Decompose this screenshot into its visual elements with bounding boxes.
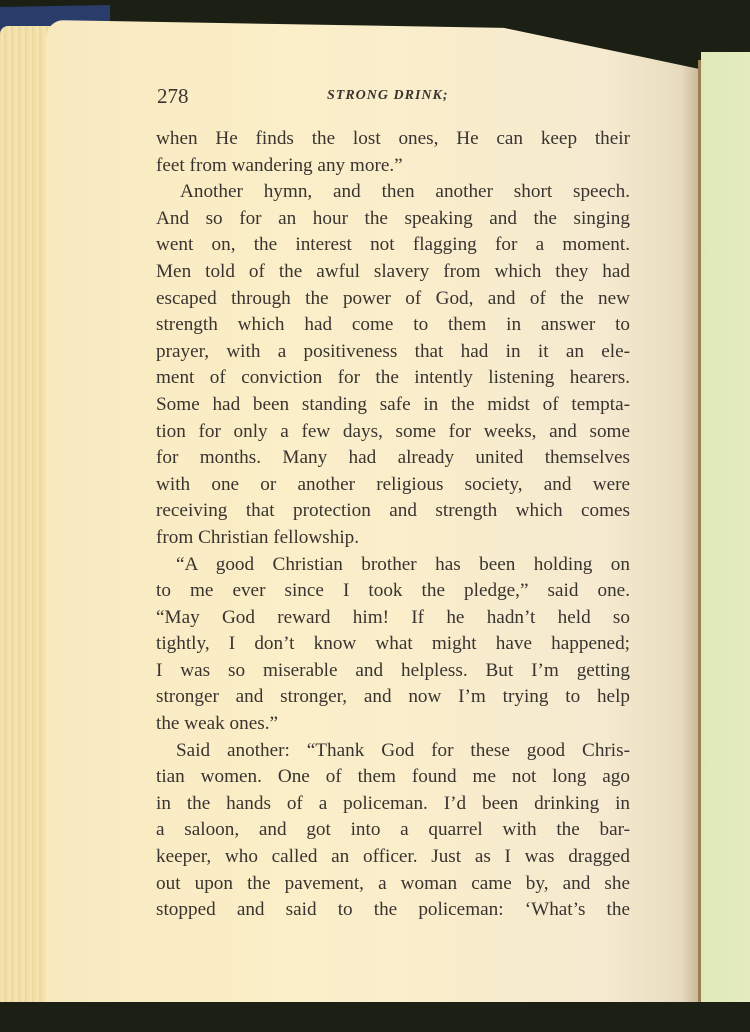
text-line: “May God reward him! If he hadn’t held s…: [156, 605, 630, 632]
text-line: escaped through the power of God, and of…: [156, 286, 630, 313]
text-line: Men told of the awful slavery from which…: [156, 259, 630, 286]
text-line: Said another: “Thank God for these good …: [156, 738, 630, 765]
text-line: the weak ones.”: [156, 711, 630, 738]
page-header: 278 STRONG DRINK;: [157, 84, 627, 108]
page-stack-edge: [0, 26, 52, 1002]
text-line: to me ever since I took the pledge,” sai…: [156, 578, 630, 605]
text-line: a saloon, and got into a quarrel with th…: [156, 817, 630, 844]
running-head: STRONG DRINK;: [327, 88, 449, 104]
text-line: feet from wandering any more.”: [156, 153, 630, 180]
text-line: when He finds the lost ones, He can keep…: [156, 126, 630, 153]
page-number: 278: [157, 84, 189, 109]
text-line: I was so miserable and helpless. But I’m…: [156, 658, 630, 685]
text-line: receiving that protection and strength w…: [156, 498, 630, 525]
text-line: went on, the interest not flagging for a…: [156, 232, 630, 259]
text-line: Another hymn, and then another short spe…: [156, 179, 630, 206]
text-line: And so for an hour the speaking and the …: [156, 206, 630, 233]
text-line: stopped and said to the policeman: ‘What…: [156, 897, 630, 924]
text-line: prayer, with a positiveness that had in …: [156, 339, 630, 366]
text-line: with one or another religious society, a…: [156, 472, 630, 499]
facing-page-edge: [701, 52, 750, 1012]
text-line: strength which had come to them in answe…: [156, 312, 630, 339]
text-line: tion for only a few days, some for weeks…: [156, 419, 630, 446]
text-line: tightly, I don’t know what might have ha…: [156, 631, 630, 658]
text-line: stronger and stronger, and now I’m tryin…: [156, 684, 630, 711]
text-line: in the hands of a policeman. I’d been dr…: [156, 791, 630, 818]
text-line: ment of conviction for the intently list…: [156, 365, 630, 392]
text-line: from Christian fellowship.: [156, 525, 630, 552]
body-text: when He finds the lost ones, He can keep…: [156, 126, 630, 924]
text-line: Some had been standing safe in the midst…: [156, 392, 630, 419]
page-gutter: [698, 60, 701, 1002]
text-line: out upon the pavement, a woman came by, …: [156, 871, 630, 898]
text-line: “A good Christian brother has been holdi…: [156, 552, 630, 579]
text-line: for months. Many had already united them…: [156, 445, 630, 472]
text-line: keeper, who called an officer. Just as I…: [156, 844, 630, 871]
text-line: tian women. One of them found me not lon…: [156, 764, 630, 791]
background-shadow: [0, 1002, 750, 1032]
